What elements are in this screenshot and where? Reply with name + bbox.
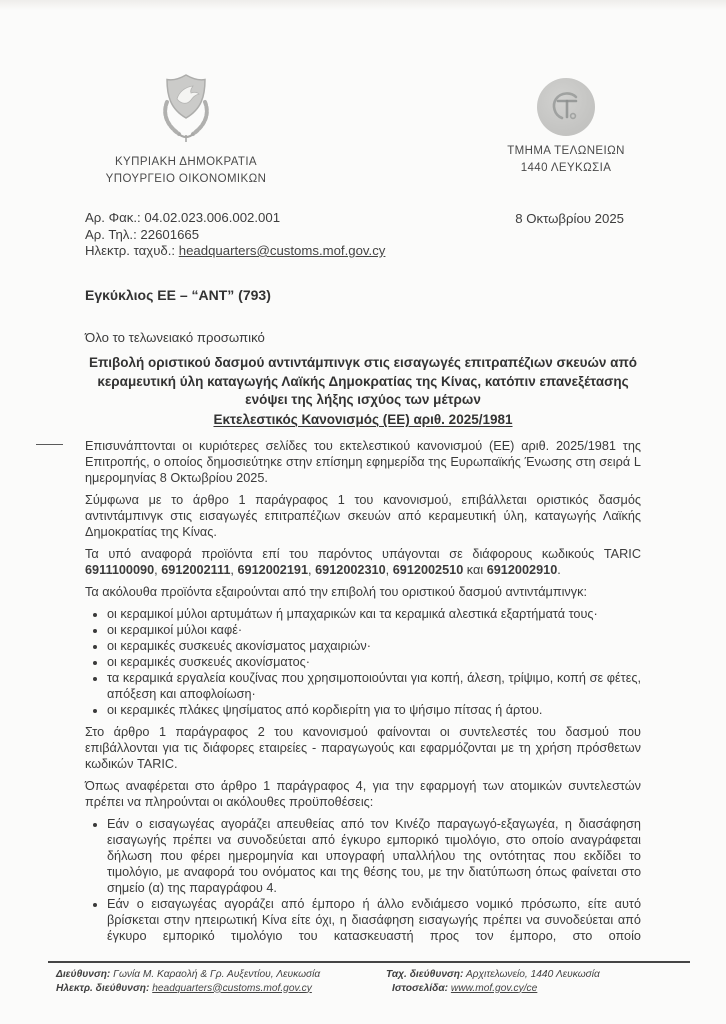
subject-title: Επιβολή οριστικού δασμού αντιντάμπινγκ σ… [85, 354, 641, 410]
customs-monogram-icon [546, 87, 586, 127]
email-link[interactable]: headquarters@customs.mof.gov.cy [179, 243, 386, 258]
footer-address-value: Γωνία Μ. Καραολή & Γρ. Αυξεντίου, Λευκωσ… [113, 969, 320, 980]
email-row: Ηλεκτρ. ταχυδ.: headquarters@customs.mof… [85, 243, 641, 260]
republic-header: ΚΥΠΡΙΑΚΗ ΔΗΜΟΚΡΑΤΙΑ ΥΠΟΥΡΓΕΙΟ ΟΙΚΟΝΟΜΙΚΩ… [102, 72, 270, 185]
paragraph-taric-codes: Τα υπό αναφορά προϊόντα επί του παρόντος… [85, 546, 641, 578]
footer-postal-label: Ταχ. διεύθυνση: [386, 969, 463, 980]
file-number-value: 04.02.023.006.002.001 [144, 210, 280, 225]
exclusion-item: τα κεραμικά εργαλεία κουζίνας που χρησιμ… [107, 670, 641, 702]
footer-email-row: Ηλεκτρ. διεύθυνση: headquarters@customs.… [56, 982, 376, 996]
exclusion-item: οι κεραμικές συσκευές ακονίσματος μαχαιρ… [107, 638, 641, 654]
exclusion-item: οι κεραμικές συσκευές ακονίσματος· [107, 654, 641, 670]
phone-row: Αρ. Τηλ.: 22601665 [85, 227, 641, 244]
regulation-title-text: Εκτελεστικός Κανονισμός (ΕΕ) αριθ. 2025/… [213, 412, 512, 427]
customs-dept-name: ΤΜΗΜΑ ΤΕΛΩΝΕΙΩΝ [488, 145, 644, 157]
footer-website-row: Ιστοσελίδα: www.mof.gov.cy/ce [386, 982, 686, 996]
document-page: ΚΥΠΡΙΑΚΗ ΔΗΜΟΚΡΑΤΙΑ ΥΠΟΥΡΓΕΙΟ ΟΙΚΟΝΟΜΙΚΩ… [0, 0, 726, 1024]
document-date: 8 Οκτωβρίου 2025 [515, 211, 624, 228]
footer-postal-value: Αρχιτελωνείο, 1440 Λευκωσία [466, 969, 600, 980]
phone-label: Αρ. Τηλ.: [85, 227, 137, 242]
footer: Διεύθυνση: Γωνία Μ. Καραολή & Γρ. Αυξεντ… [48, 961, 690, 967]
paragraph-attachment-text: Επισυνάπτονται οι κυριότερες σελίδες του… [85, 439, 641, 485]
email-label: Ηλεκτρ. ταχυδ.: [85, 243, 175, 258]
paragraph-exclusions-intro: Τα ακόλουθα προϊόντα εξαιρούνται από την… [85, 584, 641, 600]
addressee-line: Όλο το τελωνειακό προσωπικό [85, 330, 265, 345]
footer-email-link[interactable]: headquarters@customs.mof.gov.cy [152, 983, 312, 994]
footer-postal-row: Ταχ. διεύθυνση: Αρχιτελωνείο, 1440 Λευκω… [386, 968, 686, 982]
footer-address-row: Διεύθυνση: Γωνία Μ. Καραολή & Γρ. Αυξεντ… [56, 968, 376, 982]
customs-dept-city: 1440 ΛΕΥΚΩΣΙΑ [488, 162, 644, 174]
footer-website-label: Ιστοσελίδα: [392, 983, 448, 994]
phone-value: 22601665 [140, 227, 199, 242]
paragraph-duty-rates: Στο άρθρο 1 παράγραφος 2 του κανονισμού … [85, 724, 641, 772]
cyprus-coat-of-arms-icon [155, 72, 217, 146]
footer-address-label: Διεύθυνση: [56, 969, 110, 980]
republic-name: ΚΥΠΡΙΑΚΗ ΔΗΜΟΚΡΑΤΙΑ [102, 156, 270, 168]
paragraph-conditions-intro: Όπως αναφέρεται στο άρθρο 1 παράγραφος 4… [85, 778, 641, 810]
exclusion-item: οι κεραμικοί μύλοι καφέ· [107, 622, 641, 638]
exclusion-item: οι κεραμικοί μύλοι αρτυμάτων ή μπαχαρικώ… [107, 606, 641, 622]
circular-number: Εγκύκλιος ΕΕ – “ΑΝΤ” (793) [85, 287, 271, 303]
condition-item: Εάν ο εισαγωγέας αγοράζει απευθείας από … [107, 816, 641, 896]
footer-left-column: Διεύθυνση: Γωνία Μ. Καραολή & Γρ. Αυξεντ… [56, 968, 376, 995]
footer-website-link[interactable]: www.mof.gov.cy/ce [451, 983, 537, 994]
document-body: Επισυνάπτονται οι κυριότερες σελίδες του… [85, 438, 641, 950]
margin-dash-mark [36, 444, 63, 445]
customs-header: ΤΜΗΜΑ ΤΕΛΩΝΕΙΩΝ 1440 ΛΕΥΚΩΣΙΑ [488, 78, 644, 174]
customs-stamp-icon [537, 78, 595, 136]
exclusion-item: οι κεραμικές πλάκες ψησίματος από κορδιε… [107, 702, 641, 718]
reference-block: 8 Οκτωβρίου 2025 Αρ. Φακ.: 04.02.023.006… [85, 210, 641, 260]
file-number-label: Αρ. Φακ.: [85, 210, 141, 225]
footer-right-column: Ταχ. διεύθυνση: Αρχιτελωνείο, 1440 Λευκω… [386, 968, 686, 995]
condition-item: Εάν ο εισαγωγέας αγοράζει από έμπορο ή ά… [107, 896, 641, 944]
paragraph-attachment: Επισυνάπτονται οι κυριότερες σελίδες του… [85, 438, 641, 486]
paragraph-article1-duty: Σύμφωνα με το άρθρο 1 παράγραφος 1 του κ… [85, 492, 641, 540]
regulation-title: Εκτελεστικός Κανονισμός (ΕΕ) αριθ. 2025/… [85, 412, 641, 427]
ministry-name: ΥΠΟΥΡΓΕΙΟ ΟΙΚΟΝΟΜΙΚΩΝ [102, 173, 270, 185]
exclusions-list: οι κεραμικοί μύλοι αρτυμάτων ή μπαχαρικώ… [85, 606, 641, 718]
conditions-list: Εάν ο εισαγωγέας αγοράζει απευθείας από … [85, 816, 641, 944]
footer-email-label: Ηλεκτρ. διεύθυνση: [56, 983, 149, 994]
